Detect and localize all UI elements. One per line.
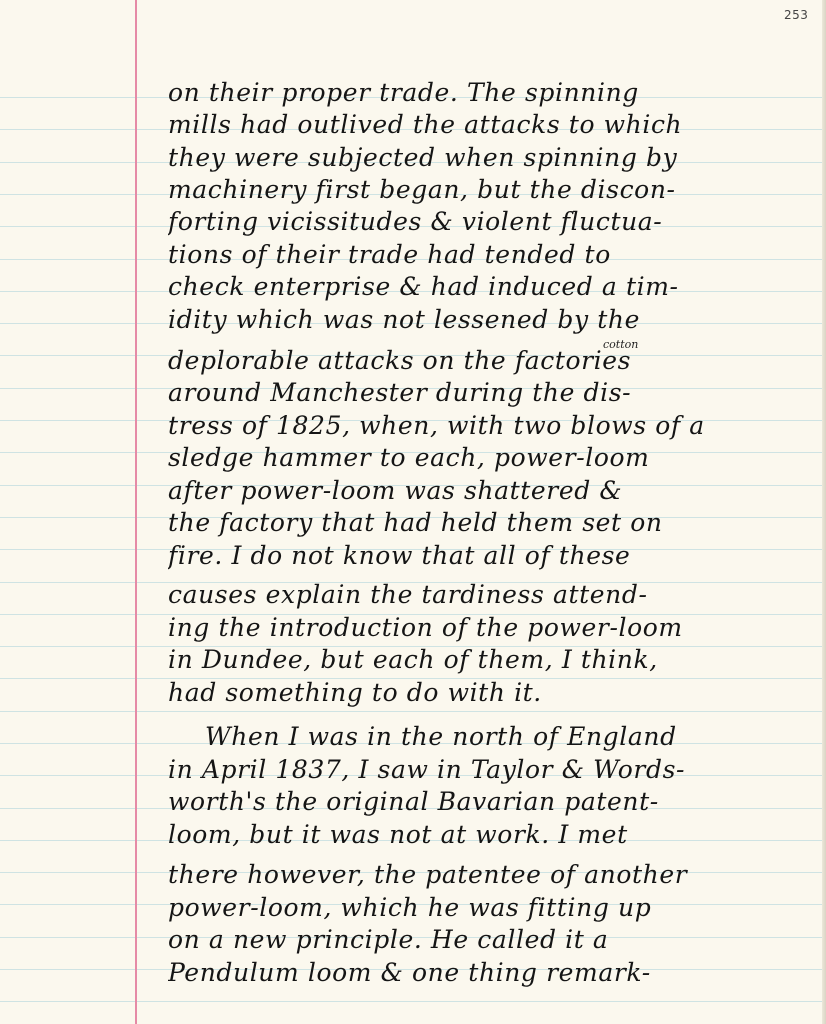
- handwritten-line: fire. I do not know that all of these: [168, 541, 820, 571]
- handwritten-line: they were subjected when spinning by: [168, 143, 820, 173]
- handwritten-line: on their proper trade. The spinning: [168, 78, 820, 108]
- interlinear-insertion: cotton: [603, 338, 638, 351]
- handwritten-line: in Dundee, but each of them, I think,: [168, 645, 820, 675]
- handwritten-line: tions of their trade had tended to: [168, 240, 820, 270]
- handwritten-line: after power-loom was shattered &: [168, 476, 820, 506]
- handwritten-line: the factory that had held them set on: [168, 508, 820, 538]
- paragraph-start-line: When I was in the north of England: [205, 722, 820, 752]
- handwritten-line: worth's the original Bavarian patent-: [168, 787, 820, 817]
- handwritten-line: forting vicissitudes & violent fluctua-: [168, 207, 820, 237]
- manuscript-page: 253 on their proper trade. The spinning …: [0, 0, 826, 1024]
- handwritten-line: there however, the patentee of another: [168, 860, 820, 890]
- handwritten-line: on a new principle. He called it a: [168, 925, 820, 955]
- handwritten-line: machinery first began, but the discon-: [168, 175, 820, 205]
- handwritten-line: loom, but it was not at work. I met: [168, 820, 820, 850]
- handwritten-line: Pendulum loom & one thing remark-: [168, 958, 820, 988]
- handwritten-text: on their proper trade. The spinning mill…: [0, 0, 826, 1024]
- handwritten-line: around Manchester during the dis-: [168, 378, 820, 408]
- handwritten-line: causes explain the tardiness attend-: [168, 580, 820, 610]
- handwritten-line: check enterprise & had induced a tim-: [168, 272, 820, 302]
- handwritten-line: in April 1837, I saw in Taylor & Words-: [168, 755, 820, 785]
- handwritten-line: tress of 1825, when, with two blows of a: [168, 411, 820, 441]
- handwritten-line: sledge hammer to each, power-loom: [168, 443, 820, 473]
- handwritten-line: idity which was not lessened by the: [168, 305, 820, 335]
- handwritten-line: power-loom, which he was fitting up: [168, 893, 820, 923]
- handwritten-line: ing the introduction of the power-loom: [168, 613, 820, 643]
- handwritten-line: mills had outlived the attacks to which: [168, 110, 820, 140]
- handwritten-line: deplorable attacks on the factories: [168, 346, 820, 376]
- handwritten-line: had something to do with it.: [168, 678, 820, 708]
